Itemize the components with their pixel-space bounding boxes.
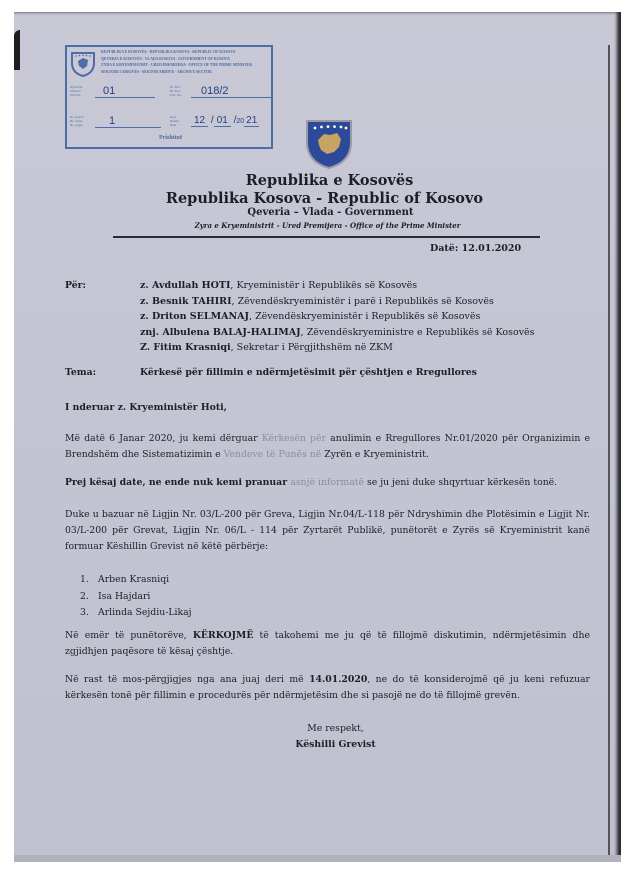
list-item: 2.Isa Hajdari (80, 589, 192, 606)
council-members-list: 1.Arben Krasniqi 2.Isa Hajdari 3.Arlinda… (80, 572, 192, 622)
recipient: Z. Fitim Krasniqi, Sekretar i Përgjithsh… (140, 340, 535, 356)
stamp-header: Republika e Kosovës - Republika Kosova -… (101, 49, 269, 75)
list-item: 3.Arlinda Sejdiu-Likaj (80, 605, 192, 622)
recipient: z. Driton SELMANAJ, Zëvendëskryeministër… (140, 309, 535, 325)
paragraph-2: Prej kësaj date, ne ende nuk kemi pranua… (65, 475, 590, 491)
stamp-unit-number: 01 (95, 85, 155, 98)
stamp-protocol-number: 018/2 (191, 85, 271, 98)
to-label: Për: (65, 278, 86, 294)
stamp-date-label: DataDatumDate (170, 115, 179, 127)
header-divider (113, 236, 540, 238)
letterhead-line-1: Republika e Kosovës (0, 172, 631, 189)
stamp-pages-number: 1 (95, 115, 161, 128)
paragraph-3: Duke u bazuar në Ligjin Nr. 03/L-200 për… (65, 507, 590, 555)
page-fold-shadow (14, 30, 20, 70)
stamp-date: 12 /01 /2021 (191, 115, 259, 126)
recipients-list: z. Avdullah HOTI, Kryeministër i Republi… (140, 278, 535, 356)
closing: Me respekt, (0, 721, 631, 737)
subject-label: Tema: (65, 365, 96, 381)
letterhead-line-3: Qeveria – Vlada - Government (0, 207, 631, 218)
signature: Këshilli Grevist (0, 737, 631, 753)
stamp-city: Prishtinë (159, 135, 182, 141)
stamp-protocol-label: Nr. Prot.Br. Prot.Prot. No. (170, 85, 182, 97)
paragraph-1: Më datë 6 Janar 2020, ju kemi dërguar Kë… (65, 431, 590, 463)
list-item: 1.Arben Krasniqi (80, 572, 192, 589)
stamp-pages-label: Nr. FaqeveBr. stranaNo. pages (70, 115, 84, 127)
archive-stamp: Republika e Kosovës - Republika Kosova -… (65, 45, 273, 149)
letterhead-line-2: Republika Kosova - Republic of Kosovo (0, 190, 631, 207)
salutation: I nderuar z. Kryeministër Hoti, (65, 400, 227, 416)
recipient: z. Besnik TAHIRI, Zëvendëskryeministër i… (140, 294, 535, 310)
letter-date: Datë: 12.01.2020 (430, 243, 521, 254)
paragraph-5: Në rast të mos-përgjigjes nga ana juaj d… (65, 672, 590, 704)
recipient: znj. Albulena BALAJ-HALIMAJ, Zëvendëskry… (140, 325, 535, 341)
paragraph-4: Në emër të punëtorëve, KËRKOJMË të takoh… (65, 628, 590, 660)
letterhead-line-4: Zyra e Kryeministrit - Ured Premijera - … (0, 221, 631, 230)
subject-text: Kërkesë për fillimin e ndërmjetësimit pë… (140, 365, 477, 381)
kosovo-emblem-icon (71, 51, 95, 77)
recipient: z. Avdullah HOTI, Kryeministër i Republi… (140, 278, 535, 294)
stamp-unit-label: Njësia Nr.JedinicaUnit No. (70, 85, 83, 97)
page-bottom-edge (14, 855, 621, 862)
kosovo-coat-of-arms-icon (304, 118, 354, 170)
